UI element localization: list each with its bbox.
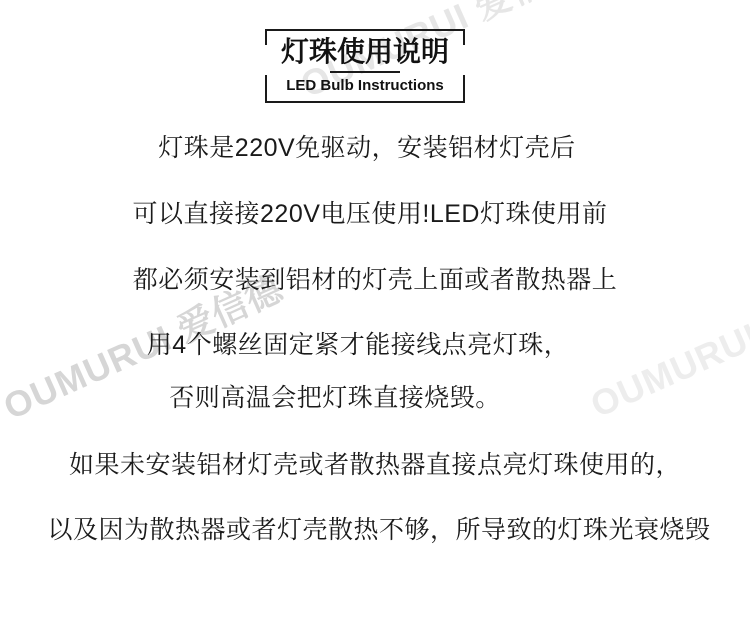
title-box-border-bottom	[265, 101, 465, 103]
instruction-page: OUMURUI 爱信德 OUMURUI 爱信德 OUMURUI 爱信德 灯珠使用…	[0, 0, 750, 624]
instruction-line: 都必须安装到铝材的灯壳上面或者散热器上	[0, 265, 750, 295]
instruction-line: 用4个螺丝固定紧才能接线点亮灯珠，	[0, 330, 733, 360]
instruction-line: 可以直接接220V电压使用!LED灯珠使用前	[0, 199, 745, 229]
page-title: 灯珠使用说明	[265, 36, 465, 68]
instruction-line: 否则高温会把灯珠直接烧毁。	[0, 383, 710, 413]
title-box-border-top	[265, 29, 465, 31]
instruction-line: 如果未安装铝材灯壳或者散热器直接点亮灯珠使用的，	[0, 450, 750, 480]
title-underline	[330, 71, 400, 73]
title-box: 灯珠使用说明 LED Bulb Instructions	[265, 29, 465, 103]
page-subtitle: LED Bulb Instructions	[265, 77, 465, 95]
instruction-line: 灯珠是220V免驱动，安装铝材灯壳后	[0, 133, 742, 163]
instruction-line: 以及因为散热器或者灯壳散热不够，所导致的灯珠光衰烧毁	[4, 515, 750, 545]
